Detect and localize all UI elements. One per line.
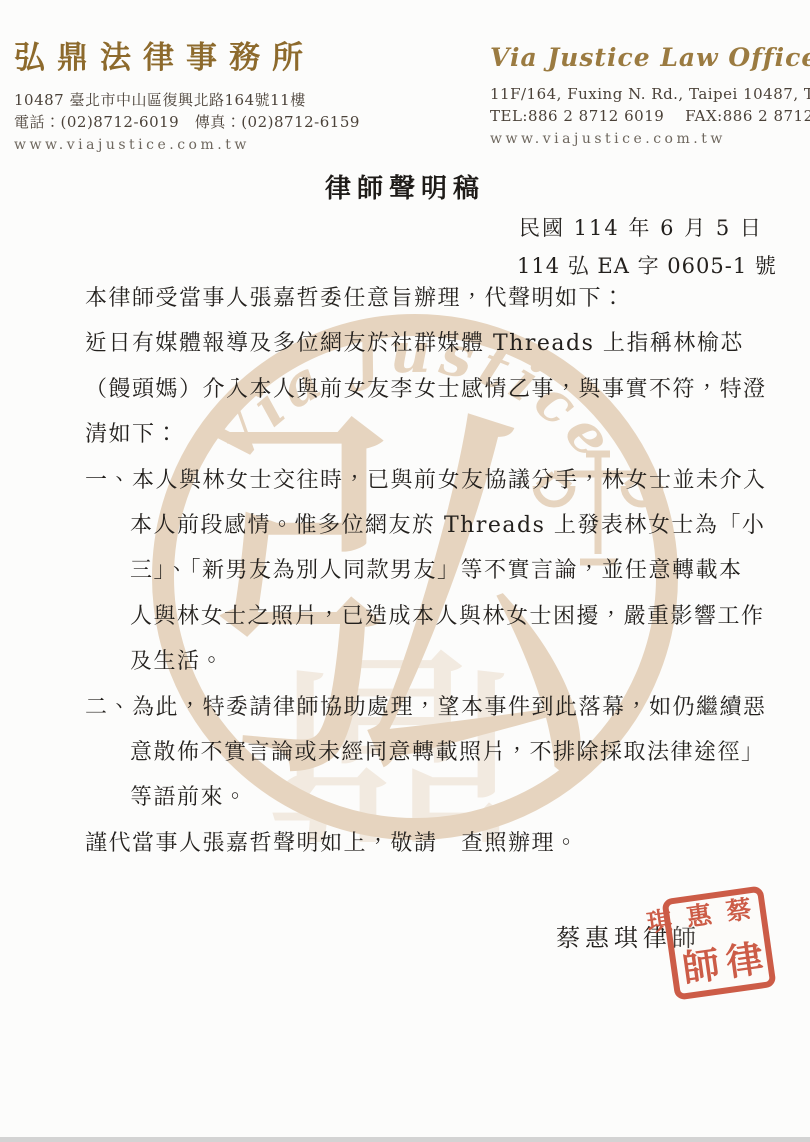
statement-body: 本律師受當事人張嘉哲委任意旨辦理，代聲明如下： 近日有媒體報導及多位網友於社群媒… <box>85 276 785 866</box>
firm-phone-fax-zh: 電話：(02)8712-6019 傳真：(02)8712-6159 <box>14 112 360 133</box>
firm-name-en: Via Justice Law Offices <box>490 42 810 75</box>
statement-line: 人與林女士之照片，已造成本人與林女士困擾，嚴重影響工作 <box>85 594 785 639</box>
statement-line: 意散佈不實言論或未經同意轉載照片，不排除採取法律途徑」 <box>85 730 785 775</box>
lawyer-red-seal-stamp: 蔡惠琪 律師 <box>661 885 776 1000</box>
firm-tel-fax-en: TEL:886 2 8712 6019 FAX:886 2 8712 6159 <box>490 106 810 127</box>
letterhead-left: 弘鼎法律事務所 10487 臺北市中山區復興北路164號11樓 電話：(02)8… <box>14 38 360 156</box>
firm-address-en: 11F/164, Fuxing N. Rd., Taipei 10487, Ta… <box>490 84 810 105</box>
statement-closing-line: 謹代當事人張嘉哲聲明如上，敬請 查照辦理。 <box>85 821 785 866</box>
statement-line: 近日有媒體報導及多位網友於社群媒體 Threads 上指稱林榆芯 <box>85 321 785 366</box>
statement-line: 三」、「新男友為別人同款男友」等不實言論，並任意轉載本 <box>85 548 785 593</box>
statement-line: 本律師受當事人張嘉哲委任意旨辦理，代聲明如下： <box>85 276 785 321</box>
statement-line: （饅頭媽）介入本人與前女友李女士感情乙事，與事實不符，特澄 <box>85 367 785 412</box>
scan-edge-shadow <box>0 1137 810 1142</box>
firm-website-left: www.viajustice.com.tw <box>14 135 360 156</box>
document-title: 律師聲明稿 <box>0 168 810 205</box>
firm-name-zh: 弘鼎法律事務所 <box>14 38 360 78</box>
statement-line: 清如下： <box>85 412 785 457</box>
statement-line: 本人前段感情。惟多位網友於 Threads 上發表林女士為「小 <box>85 503 785 548</box>
statement-line: 及生活。 <box>85 639 785 684</box>
statement-line-item-1: 一、本人與林女士交往時，已與前女友協議分手，林女士並未介入 <box>85 458 785 503</box>
letterhead-right: Via Justice Law Offices 11F/164, Fuxing … <box>490 42 810 150</box>
document-date: 民國 114 年 6 月 5 日 <box>519 212 763 242</box>
firm-website-right: www.viajustice.com.tw <box>490 129 810 150</box>
statement-line-item-2: 二、為此，特委請律師協助處理，望本事件到此落幕，如仍繼續惡 <box>85 685 785 730</box>
scanned-legal-statement-page: Via Justice 鼎 弘 弘鼎法律事務所 10487 臺北市中山區復興北路… <box>0 0 810 1142</box>
firm-address-zh: 10487 臺北市中山區復興北路164號11樓 <box>14 90 360 111</box>
statement-line: 等語前來。 <box>85 775 785 820</box>
